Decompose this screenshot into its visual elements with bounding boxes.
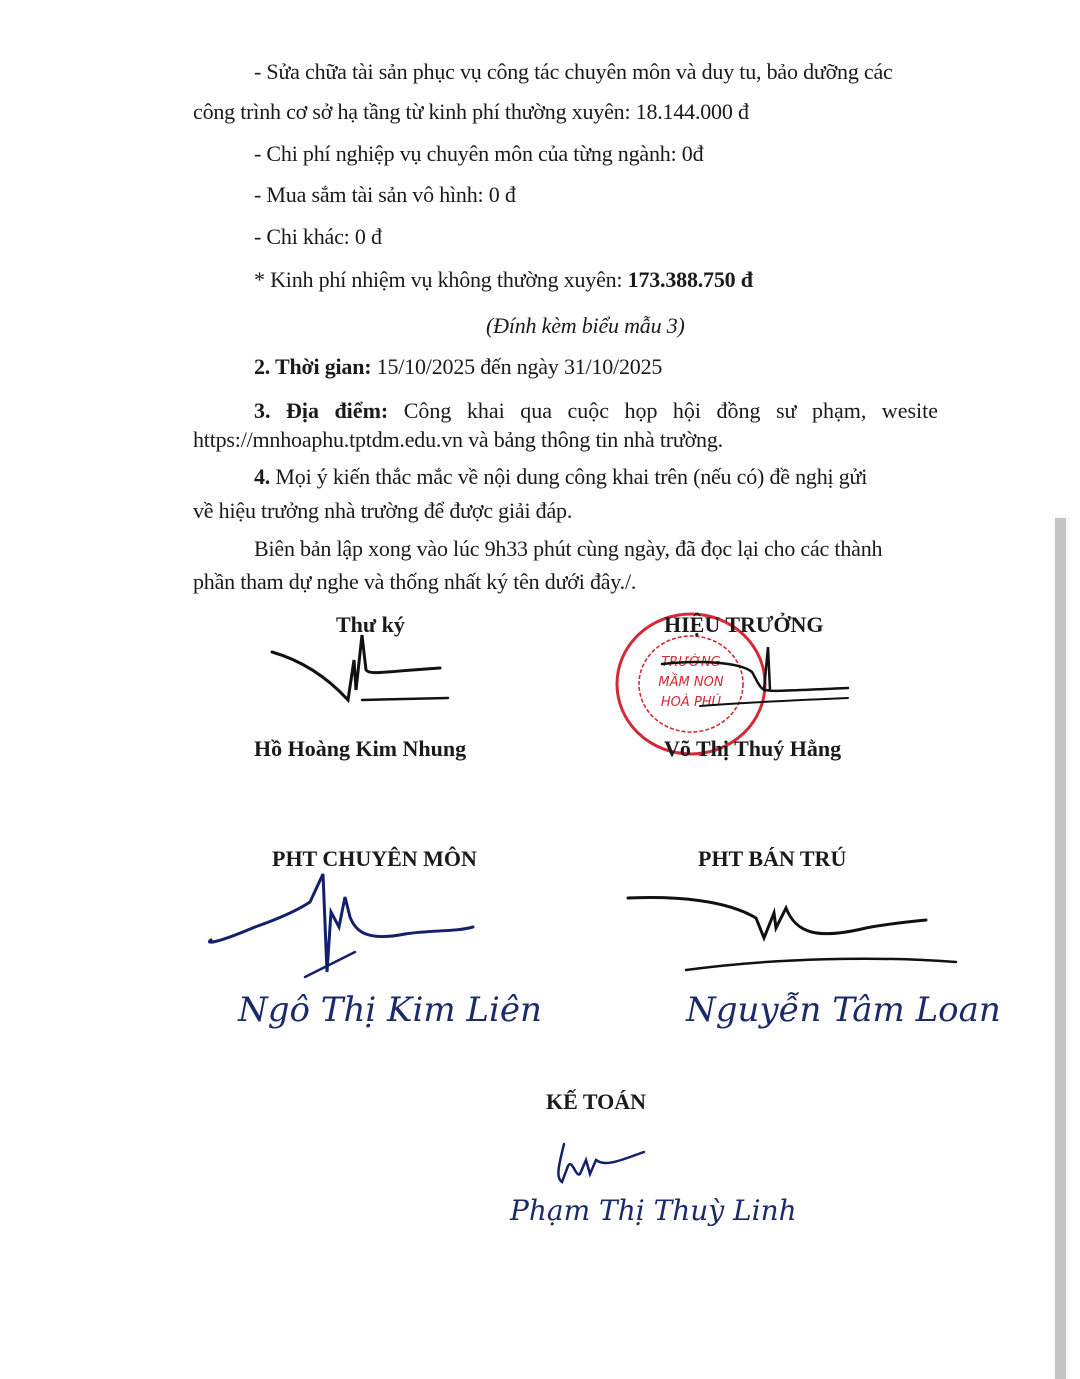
section-feedback-label: 4. — [254, 464, 270, 489]
section-location-line1: 3. Địa điểm: Công khai qua cuộc họp hội … — [254, 397, 938, 425]
item-repair-line1: - Sửa chữa tài sản phục vụ công tác chuy… — [254, 58, 893, 86]
non-recurring-label: * Kinh phí nhiệm vụ không thường xuyên: — [254, 267, 628, 292]
item-other-cost: - Chi khác: 0 đ — [254, 223, 382, 251]
principal-title: HIỆU TRƯỞNG — [664, 612, 824, 638]
document-page: - Sửa chữa tài sản phục vụ công tác chuy… — [0, 0, 1080, 1379]
closing-line1: Biên bản lập xong vào lúc 9h33 phút cùng… — [254, 535, 882, 563]
secretary-name: Hồ Hoàng Kim Nhung — [254, 736, 466, 762]
scrollbar-thumb[interactable] — [1055, 518, 1066, 1379]
attachment-note: (Đính kèm biểu mẫu 3) — [486, 312, 685, 340]
vp-boarding-handwritten-name: Nguyễn Tâm Loan — [686, 990, 1001, 1030]
vp-boarding-signature — [626, 888, 946, 978]
vp-academic-handwritten-name: Ngô Thị Kim Liên — [238, 990, 542, 1030]
section-location-text: Công khai qua cuộc họp hội đồng sư phạm,… — [404, 398, 938, 423]
accountant-title: KẾ TOÁN — [546, 1089, 646, 1115]
item-professional-cost: - Chi phí nghiệp vụ chuyên môn của từng … — [254, 140, 703, 168]
section-location-label: 3. Địa điểm: — [254, 398, 388, 423]
section-time: 2. Thời gian: 15/10/2025 đến ngày 31/10/… — [254, 353, 662, 381]
principal-signature — [660, 642, 850, 712]
section-feedback-text: Mọi ý kiến thắc mắc về nội dung công kha… — [270, 464, 867, 489]
principal-name: Võ Thị Thuý Hằng — [664, 736, 841, 762]
section-time-text: 15/10/2025 đến ngày 31/10/2025 — [371, 354, 662, 379]
vp-academic-title: PHT CHUYÊN MÔN — [272, 846, 477, 872]
item-intangible-assets: - Mua sắm tài sản vô hình: 0 đ — [254, 181, 516, 209]
secretary-signature — [270, 630, 460, 710]
closing-line2: phần tham dự nghe và thống nhất ký tên d… — [193, 568, 636, 596]
section-feedback-line1: 4. Mọi ý kiến thắc mắc về nội dung công … — [254, 463, 867, 491]
item-repair-line2: công trình cơ sở hạ tầng từ kinh phí thư… — [193, 98, 749, 126]
non-recurring-amount: 173.388.750 đ — [628, 267, 753, 292]
section-feedback-line2: về hiệu trưởng nhà trường để được giải đ… — [193, 497, 572, 525]
section-location-line2: https://mnhoaphu.tptdm.edu.vn và bảng th… — [193, 426, 723, 454]
accountant-signature — [556, 1138, 646, 1188]
accountant-handwritten-name: Phạm Thị Thuỳ Linh — [510, 1194, 797, 1227]
vp-boarding-title: PHT BÁN TRÚ — [698, 846, 846, 872]
vp-academic-signature — [205, 872, 475, 992]
non-recurring-budget: * Kinh phí nhiệm vụ không thường xuyên: … — [254, 266, 753, 294]
section-time-label: 2. Thời gian: — [254, 354, 371, 379]
